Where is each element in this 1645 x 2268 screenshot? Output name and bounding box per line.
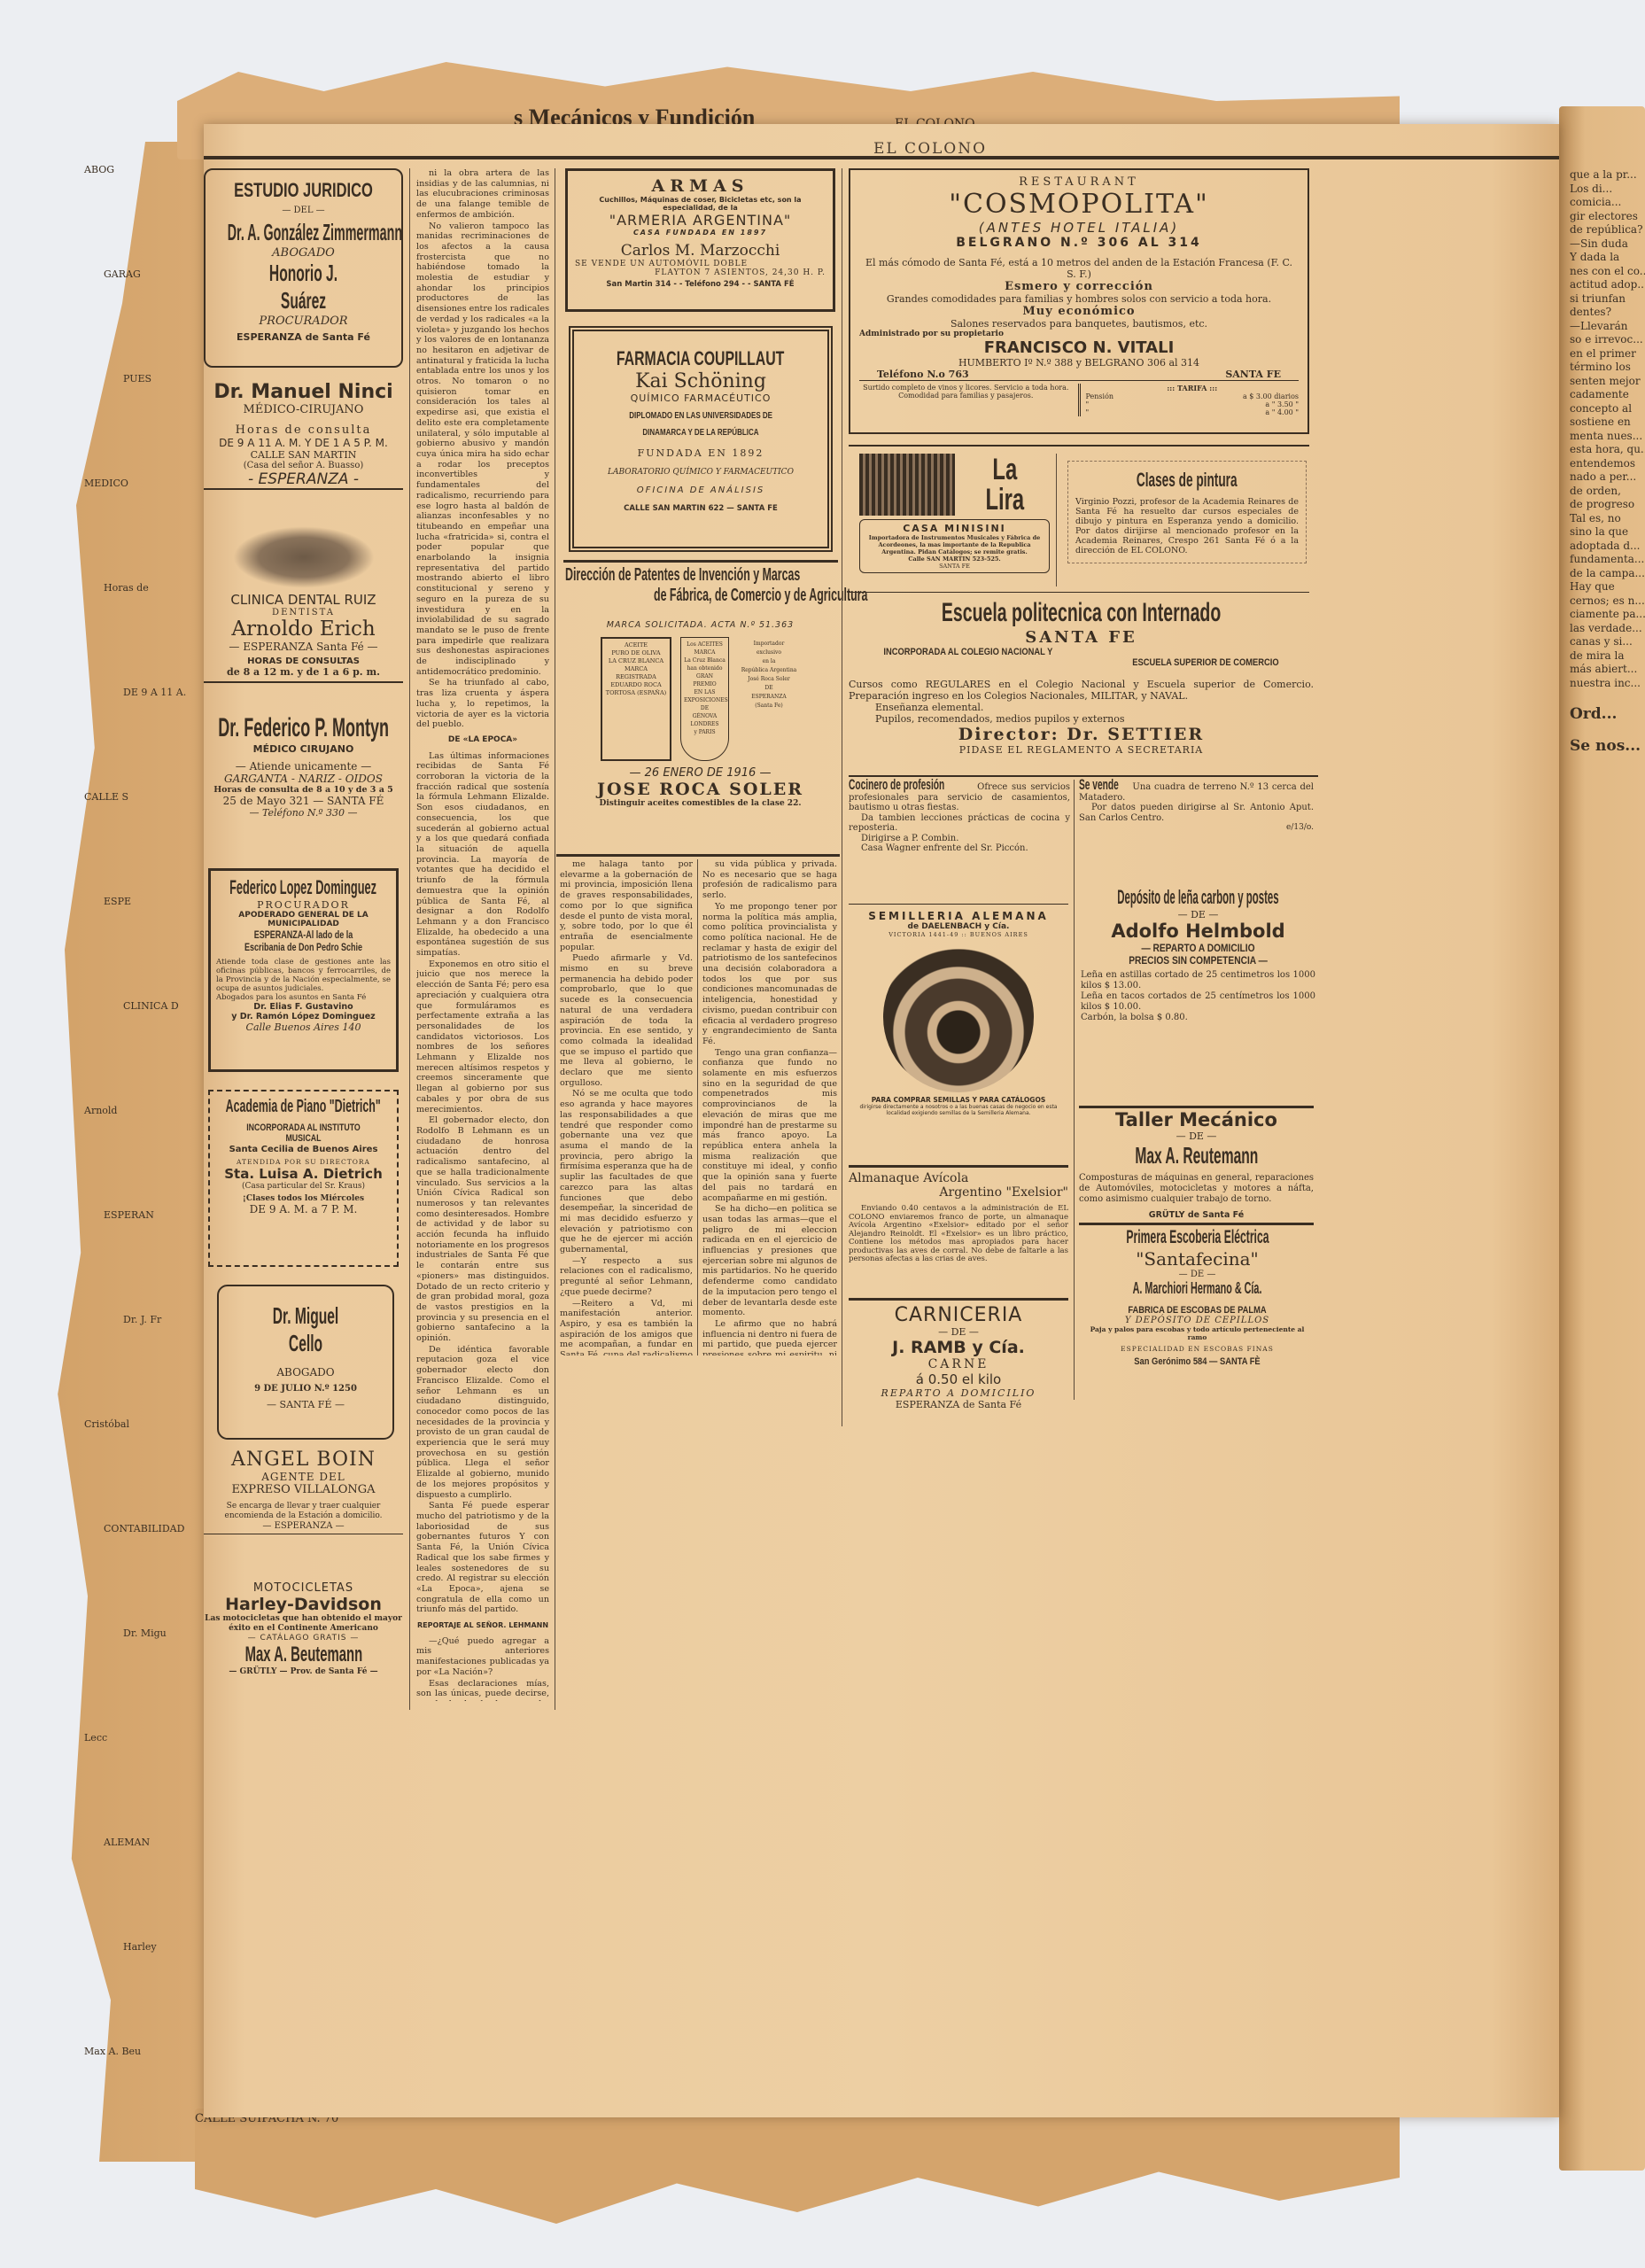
ad-text: Salones reservados para banquetes, bauti… [859,318,1299,330]
article-column-2a: me halaga tanto por elevarme a la gobern… [560,859,693,1355]
ad-title: de Fábrica, de Comercio y de Agricultura [654,586,867,606]
divider [849,445,1309,447]
ad-title: ARMAS [575,176,826,196]
ad-text: VICTORIA 1441-49 :: BUENOS AIRES [849,931,1068,938]
school-name: Escuela politecnica con Internado [942,598,1221,628]
tariff-item: Pensión [1086,392,1114,400]
trademark-labels: ACEITEPURO DE OLIVALA CRUZ BLANCAMARCA R… [565,637,835,761]
ad-text: - ESPERANZA - [204,470,403,490]
ad-text: ABOGADO [224,1366,387,1379]
ad-text: FABRICA DE ESCOBAS DE PALMA [1098,1305,1297,1316]
facing-page-text: que a la pr...Los di...comicia...gir ele… [1570,168,1645,771]
ad-text: Horas de consulta de 8 a 10 y de 3 a 5 [204,785,403,795]
torn-fragment-text: Arnold [84,1105,117,1116]
olive-oil-label: ACEITEPURO DE OLIVALA CRUZ BLANCAMARCA R… [601,637,671,761]
fragment-line: esta hora, qu... [1570,443,1645,457]
director-name: Sta. Luisa A. Dietrich [215,1166,392,1182]
label-line: han obtenido [684,664,726,672]
label-line: exclusivo [741,649,797,657]
label-line: en la [741,657,797,666]
torn-fragment-text: PUES [123,373,151,384]
ad-escuela-politecnica: Escuela politecnica con Internado SANTA … [849,598,1314,756]
ad-text: — CATÁLAGO GRATIS — [204,1634,403,1643]
ad-text: DINAMARCA Y DE LA REPÚBLICA [642,428,758,438]
ad-text: — SANTA FÉ — [224,1399,387,1410]
ad-text: Grandes comodidades para familias y homb… [859,293,1299,305]
torn-fragment-text: Dr. Migu [123,1627,167,1639]
torn-fragment-text: CONTABILIDAD [104,1523,184,1534]
torn-fragment-text: GARAG [104,268,141,280]
column-rule [1056,454,1057,586]
ad-text: MÉDICO-CIRUJANO [204,403,403,416]
tariff-row: Pensióna $ 3.00 diarios [1086,392,1300,400]
tariff-item: " [1086,408,1090,416]
ad-text: Casa Wagner enfrente del Sr. Piccón. [849,843,1070,854]
pharmacist-name: Kai Schöning [583,370,819,392]
fragment-line: —Llevarán [1570,320,1645,334]
label-line: ACEITE [605,641,667,649]
ad-text: de 8 a 12 m. y de 1 a 6 p. m. [204,666,403,683]
ad-title: Clases de pintura [1137,469,1238,492]
ad-text: Abogados para los asuntos en Santa Fé [216,993,391,1002]
ad-deposito-lena: Depósito de leña carbon y postes — DE — … [1081,886,1315,1023]
torn-fragment-text: DE 9 A 11 A. [123,687,186,698]
ad-text: — GRÜTLY — Prov. de Santa Fé — [204,1667,403,1676]
article-paragraph: —¿Qué puedo agregar a mis anteriores man… [416,1636,549,1678]
ad-carniceria: CARNICERIA — DE — J. RAMB y Cía. CARNE á… [849,1298,1068,1410]
article-paragraph: Esas declaraciones mías, son las únicas,… [416,1679,549,1701]
fragment-line: ciamente pa... [1570,608,1645,622]
owner-name: Adolfo Helmbold [1081,920,1315,942]
ad-text: — ESPERANZA Santa Fé — [204,641,403,653]
tariff-price: a " 3.50 " [1265,400,1299,408]
label-line: MARCA REGISTRADA [605,665,667,681]
article-column-1: ni la obra artera de las insidias y de l… [416,168,549,1701]
label-line: Importador [741,640,797,649]
label-line: GRAN PREMIO [684,672,726,688]
article-paragraph: Tengo una gran confianza—confianza que f… [702,1048,837,1204]
ad-text: dirigirse directamente a nosotros o a la… [849,1104,1068,1116]
fragment-line: comicia... [1570,196,1645,210]
ad-title: CLINICA DENTAL RUIZ [204,592,403,608]
article-paragraph: Exponemos en otro sitio el juicio que no… [416,959,549,1115]
fragment-line: menta nues... [1570,430,1645,444]
ad-text: Horas de consulta [204,423,403,437]
fragment-line: Hay que [1570,580,1645,594]
owner-name: A. Marchiori Hermano & Cía. [1133,1279,1262,1298]
ad-text: — REPARTO A DOMICILIO [1098,942,1298,954]
tariff-table: ::: TARIFA ::: Pensióna $ 3.00 diarios"a… [1081,384,1300,416]
article-paragraph: Se ha triunfado al cabo, tras liza cruen… [416,678,549,730]
ad-text: e/13/o. [1079,823,1314,834]
ad-text: SANTA FE [863,563,1046,570]
ad-text: REPARTO A DOMICILIO [849,1387,1068,1399]
ad-taller-mecanico: Taller Mecánico — DE — Max A. Reutemann … [1079,1109,1314,1225]
label-line: DE [741,684,797,693]
ad-text: CALLE SAN MARTIN [204,449,403,461]
director-name: Director: Dr. SETTIER [849,725,1314,744]
section-heading: DE «LA EPOCA» [416,735,549,746]
ad-text: Virginio Pozzi, profesor de la Academia … [1075,497,1299,555]
ad-text: MOTOCICLETAS [204,1581,403,1595]
ad-text: y Dr. Ramón López Dominguez [216,1012,391,1021]
ad-patentes: Dirección de Patentes de Invención y Mar… [565,565,835,808]
ad-text: HUMBERTO Iº N.º 388 y BELGRANO 306 al 31… [859,357,1299,369]
fragment-line: Y dada la [1570,251,1645,265]
fragment-line: Los di... [1570,183,1645,197]
ad-text: QUÍMICO FARMACÉUTICO [583,392,819,404]
ad-angel-boin: ANGEL BOIN AGENTE DEL EXPRESO VILLALONGA… [204,1449,403,1534]
label-line: La Cruz Blanca [684,656,726,664]
label-line: José Roca Soler [741,675,797,684]
article-paragraph: Yo me propongo tener por norma la políti… [702,902,837,1047]
fragment-line: que a la pr... [1570,168,1645,183]
fragment-line: cernos; es n... [1570,594,1645,609]
newspaper-page: EL COLONO ESTUDIO JURIDICO — DEL — Dr. A… [204,124,1559,2117]
fragment-line: entendemos [1570,457,1645,471]
fragment-heading: Se nos... [1570,740,1645,754]
ad-title: ESTUDIO JURIDICO [234,179,373,202]
fragment-line: gir electores [1570,210,1645,224]
ad-slogan: Esmero y corrección [859,280,1299,293]
doctor-name: Dr. Federico P. Montyn [218,713,389,743]
ad-title: Dirección de Patentes de Invención y Mar… [565,565,800,586]
ad-text: Se encarga de llevar y traer cualquier e… [204,1502,403,1521]
fragment-line: más abiert... [1570,663,1645,677]
torn-fragment-text: CLINICA D [123,1000,179,1012]
lawyer-name: Dr. Miguel Cello [257,1302,354,1357]
torn-fragment-text: MEDICO [84,478,128,489]
fragment-line: nado a per... [1570,470,1645,485]
lira-body: CASA MINISINI Importadora de Instrumento… [859,519,1050,573]
torn-fragment-text: ABOG [84,164,114,175]
ad-cello: Dr. Miguel Cello ABOGADO 9 DE JULIO N.º … [217,1285,394,1440]
ad-text: Paja y palos para escobas y todo artícul… [1081,1325,1314,1341]
ad-text: GRÜTLY de Santa Fé [1079,1210,1314,1225]
label-line: Los ACEITES [684,641,726,649]
ad-text: 25 de Mayo 321 — SANTA FÉ [204,795,403,807]
ad-text: San Martin 314 - - Teléfono 294 - - SANT… [575,280,826,289]
tariff-label: ::: TARIFA ::: [1086,384,1300,392]
ad-text: — Atiende unicamente — [204,760,403,773]
phone: Teléfono N.o 763 [877,369,969,380]
article-paragraph: ni la obra artera de las insidias y de l… [416,168,549,221]
phone-row: Teléfono N.o 763 SANTA FE [859,369,1299,381]
fragment-heading: Ord... [1570,708,1645,722]
lawyer-name: Dr. A. González Zimmermann [228,219,402,246]
ad-text: Enseñanza elemental. [849,702,1314,713]
ad-text: PROCURADOR [209,315,398,328]
fragment-line: dentes? [1570,306,1645,320]
label-line: (Santa Fe) [741,702,797,711]
ad-title: Primera Escoberia Eléctrica [1126,1227,1269,1248]
ad-text: LABORATORIO QUÍMICO Y FARMACEUTICO [583,468,819,477]
column-rule [842,168,842,1426]
ad-title: FARMACIA COUPILLAUT [617,347,784,370]
ad-clases-pintura: Clases de pintura Virginio Pozzi, profes… [1067,461,1307,563]
fragment-line: término los [1570,361,1645,375]
owner-name: FRANCISCO N. VITALI [859,338,1299,357]
ad-text: SE VENDE UN AUTOMÓVIL DOBLE [575,260,826,268]
column-rule [555,168,555,1710]
ad-text: BELGRANO N.º 306 AL 314 [859,236,1299,250]
ad-text: Santa Cecilia de Buenos Aires [215,1145,392,1154]
ad-text: Importadora de Instrumentos Musicales y … [863,534,1046,555]
fragment-line: nuestra inc... [1570,677,1645,691]
fragment-line: si triunfan [1570,292,1645,307]
ad-text: DE 9 A 11 A. M. Y DE 1 A 5 P. M. [204,437,403,449]
doctor-name: Dr. Manuel Ninci [204,381,403,403]
fragment-line: sino la que [1570,525,1645,540]
store-name: "ARMERIA ARGENTINA" [575,212,826,229]
ad-text: EXPRESO VILLALONGA [204,1483,403,1496]
award-label: Los ACEITESMARCALa Cruz Blancahan obteni… [680,637,729,761]
torn-fragment-text: Max A. Beu [84,2046,141,2057]
article-paragraph: —Y respecto a sus relaciones con el radi… [560,1256,693,1298]
ad-title: SEMILLERIA ALEMANA [849,910,1068,922]
ad-text: GARGANTA - NARIZ - OIDOS [204,773,403,785]
article-paragraph: me halaga tanto por elevarme a la gobern… [560,859,693,952]
fragment-line: concepto al [1570,402,1645,416]
ad-text: ESPERANZA de Santa Fé [849,1399,1068,1410]
ad-text: ¡Clases todos los Miércoles [215,1194,392,1203]
tariff-rows: Pensióna $ 3.00 diarios"a " 3.50 ""a " 4… [1086,392,1300,416]
fragment-line: cadamente [1570,388,1645,402]
fragment-line: senten mejor [1570,375,1645,389]
ad-text: OFICINA DE ANÁLISIS [583,485,819,495]
owner-name: Max A. Reutemann [1135,1142,1258,1169]
ad-almanaque-avicola: Almanaque Avícola Argentino "Exelsior" E… [849,1165,1068,1264]
torn-fragment-text: ALEMAN [104,1837,150,1848]
ad-text: San Gerónimo 584 — SANTA FÈ [1098,1356,1297,1367]
importer-label: Importadorexclusivoen laRepública Argent… [738,637,800,761]
fragment-line: —Sin duda [1570,237,1645,252]
ad-escoberia: Primera Escoberia Eléctrica "Santafecina… [1081,1227,1314,1367]
ad-text: Da tambien lecciones prácticas de cocina… [849,813,1070,834]
divider [563,560,838,563]
ad-text: PRECIOS SIN COMPETENCIA — [1098,954,1298,967]
ad-text: Administrado por su propietario [859,330,1299,338]
divider [1079,1106,1314,1108]
tariff-price: a " 4.00 " [1265,408,1299,416]
ad-text: CALLE SAN MARTIN 622 — SANTA FE [583,504,819,513]
ad-text: HORAS DE CONSULTAS [204,656,403,666]
ad-title: Taller Mecánico [1079,1109,1314,1130]
ad-text: Por datos pueden dirigirse al Sr. Antoni… [1079,803,1314,823]
factory-name: "Santafecina" [1081,1248,1314,1270]
ad-ninci: Dr. Manuel Ninci MÉDICO-CIRUJANO Horas d… [204,381,403,490]
tariff-item: " [1086,400,1090,408]
article-paragraph: Se ha dicho—en politica se usan todas la… [702,1204,837,1318]
publication-date: — 26 ENERO DE 1916 — [565,766,835,780]
article-paragraph: Las últimas informaciones recibidas de S… [416,751,549,959]
tariff-row: "a " 3.50 " [1086,400,1300,408]
ad-lopez-dominguez: Federico Lopez Dominguez PROCURADOR APOD… [208,868,399,1072]
article-paragraph: Nó se me oculta que todo eso agranda y h… [560,1089,693,1254]
ad-semilleria-alemana: SEMILLERIA ALEMANA de DAELENBACH y Cía. … [849,904,1068,1116]
ad-clinica-dental: CLINICA DENTAL RUIZ DENTISTA Arnoldo Eri… [204,523,403,683]
fragment-line: so e irrevoc... [1570,333,1645,347]
article-paragraph: Santa Fé puede esperar mucho del patriot… [416,1501,549,1615]
fragment-line: nes con el co... [1570,265,1645,279]
ad-text: Y DEPÓSITO DE CEPILLOS [1081,1316,1314,1325]
ad-text: Pupilos, recomendados, medios pupilos y … [849,713,1314,725]
label-line: EN LAS [684,688,726,696]
teeth-illustration-icon [233,526,375,588]
ad-montyn: Dr. Federico P. Montyn MÉDICO CIRUJANO —… [204,713,403,819]
label-line: ESPERANZA [741,693,797,702]
ad-armeria-argentina: ARMAS Cuchillos, Máquinas de coser, Bici… [565,168,835,312]
ad-text: Dr. Elias F. Gustavino [216,1002,391,1012]
ad-text: Cuchillos, Máquinas de coser, Bicicletas… [575,196,826,212]
owner-name: J. RAMB y Cía. [849,1338,1068,1357]
ad-text: MÉDICO CIRUJANO [204,743,403,755]
fragment-line: de mira la [1570,649,1645,664]
ad-title: Argentino "Exelsior" [849,1185,1068,1200]
ad-text: — Teléfono N.º 330 — [204,807,403,819]
fragment-line: canas y si... [1570,635,1645,649]
dealer-name: Max A. Beutemann [244,1643,362,1667]
ad-text: PIDASE EL REGLAMENTO A SECRETARIA [849,744,1314,756]
attorney-name: Federico Lopez Dominguez [230,876,377,899]
tariff-row: Surtido completo de vinos y licores. Ser… [859,384,1299,416]
ad-text: Enviando 0.40 centavos a la administraci… [849,1205,1068,1264]
ad-text: Atiende toda clase de gestiones ante las… [216,958,391,993]
ad-academia-piano: Academia de Piano "Dietrich" INCORPORADA… [208,1090,399,1267]
divider [556,854,840,857]
label-line: y PARIS [684,728,726,736]
fragment-line: adoptada d... [1570,540,1645,554]
ad-title: Academia de Piano "Dietrich" [226,1097,381,1117]
fragment-line: Tal es, no [1570,512,1645,526]
article-column-2b: su vida pública y privada. No es necesar… [702,859,837,1355]
label-line: LA CRUZ BLANCA [605,657,667,665]
city: SANTA FE [1225,369,1281,380]
ad-text: Cursos como REGULARES en el Colegio Naci… [849,679,1314,702]
agent-name: ANGEL BOIN [204,1449,403,1471]
ad-title: Cocinero de profesión [849,780,944,790]
ad-text: PARA COMPRAR SEMILLAS Y PARA CATÁLOGOS [849,1096,1068,1104]
ad-title: Depósito de leña carbon y postes [1117,886,1278,909]
label-line: TORTOSA (ESPAÑA) [605,689,667,697]
ad-text: Calle Buenos Aires 140 [216,1021,391,1033]
store-name: CASA MINISINI [863,523,1046,534]
procurator-name: Honorio J. Suárez [247,260,361,315]
article-paragraph: De idéntica favorable reputacion goza el… [416,1345,549,1501]
fragment-line: de progreso [1570,498,1645,512]
column-rule [1074,780,1075,1400]
ad-cocinero: Cocinero de profesión Ofrece sus servici… [849,780,1070,854]
ad-text: ESCUELA SUPERIOR DE COMERCIO [883,657,1278,668]
price-list: Leña en astillas cortado de 25 centimetr… [1081,970,1315,1023]
price-item: Carbón, la bolsa $ 0.80. [1081,1013,1315,1023]
article-paragraph: Puedo afirmarle y Vd. mismo en su breve … [560,953,693,1088]
top-rule [204,156,1559,159]
fragment-line: en el primer [1570,347,1645,361]
ad-text: FUNDADA EN 1892 [583,447,819,459]
ad-text: CARNE [849,1357,1068,1371]
accordion-illustration-icon [859,454,955,516]
ad-text: (Casa particular del Sr. Kraus) [215,1182,392,1191]
article-paragraph: No valieron tampoco las manidas recrimin… [416,221,549,678]
ad-text: — DE — [1081,909,1315,920]
ad-text: ESPERANZA-Al lado de la Escribania de Do… [238,928,369,953]
price: á 0.50 el kilo [849,1371,1068,1387]
owner-name: Carlos M. Marzocchi [575,242,826,260]
tariff-row: "a " 4.00 " [1086,408,1300,416]
ad-text: — DE — [1081,1270,1314,1279]
underlying-page-bottom-edge: CALLE SUIPACHA N. 70 [195,2109,1400,2224]
ad-se-vende: Se vende Una cuadra de terreno N.º 13 ce… [1079,780,1314,834]
label-line: EXPOSICIONES [684,696,726,704]
ad-text: ATENDIDA POR SU DIRECTORA [215,1158,392,1166]
ad-text: — DE — [1079,1130,1314,1142]
ad-title: Almanaque Avícola [849,1171,1068,1185]
ad-text: Distinguir aceites comestibles de la cla… [565,799,835,808]
fragment-line: de orden, [1570,485,1645,499]
torn-fragment-text: Lecc [84,1732,107,1744]
article-paragraph: El gobernador electo, don Rodolfo B Lehm… [416,1115,549,1343]
tariff-price: a $ 3.00 diarios [1243,392,1299,400]
ad-text: ABOGADO [209,246,398,260]
fragment-line: fundamenta... [1570,553,1645,567]
ad-text: DENTISTA [204,608,403,617]
ad-text: — DEL — [209,206,398,215]
label-line: República Argentina [741,666,797,675]
ad-title: CARNICERIA [849,1304,1068,1326]
ad-restaurant-cosmopolita: RESTAURANT "COSMOPOLITA" (ANTES HOTEL IT… [849,168,1309,434]
restaurant-name: "COSMOPOLITA" [859,189,1299,220]
torn-fragment-text: CALLE S [84,791,128,803]
ad-text: El más cómodo de Santa Fé, está a 10 met… [859,257,1299,280]
article-paragraph: —Reitero a Vd, mi manifestación anterior… [560,1299,693,1355]
ad-text: (Casa del señor A. Buasso) [204,461,403,470]
ad-slogan: Muy económico [859,305,1299,318]
article-paragraph: Le afirmo que no habrá influencia ni den… [702,1319,837,1355]
trademark-act: MARCA SOLICITADA. ACTA N.º 51.363 [565,620,835,630]
fragment-line: actitud adop... [1570,278,1645,292]
label-line: LONDRES [684,720,726,728]
ad-text: de DAELENBACH y Cía. [849,922,1068,931]
ad-text: FLAYTON 7 ASIENTOS, 24,30 H. P. [575,268,826,277]
torn-fragment-text: Cristóbal [84,1418,129,1430]
ad-text: PROCURADOR [216,899,391,911]
ad-la-lira: La Lira CASA MINISINI Importadora de Ins… [859,454,1050,578]
fragment-line: de la campa... [1570,567,1645,581]
ad-text: ESPERANZA de Santa Fé [209,331,398,343]
label-line: MARCA [684,649,726,656]
fragment-line: sostiene en [1570,416,1645,430]
label-line: PURO DE OLIVA [605,649,667,657]
torn-fragment-text: ESPERAN [104,1209,154,1221]
lira-header: La Lira [859,454,1050,516]
section-heading: REPORTAJE AL SEÑOR. LEHMANN [416,1620,549,1631]
label-line: EDUARDO ROCA [605,681,667,689]
ad-text: ESPECIALIDAD EN ESCOBAS FINAS [1081,1345,1314,1353]
applicant-name: JOSE ROCA SOLER [565,780,835,799]
ad-text: DIPLOMADO EN LAS UNIVERSIDADES DE [629,411,772,421]
torn-fragment-text: ESPE [104,896,131,907]
brand-name: Harley-Davidson [204,1595,403,1614]
ad-text: AGENTE DEL [204,1471,403,1483]
label-line: DE [684,704,726,712]
dentist-name: Arnoldo Erich [204,617,403,641]
divider [849,592,1309,593]
ad-text: Las motocicletas que han obtenido el may… [204,1614,403,1634]
fragment-line: las verdade... [1570,622,1645,636]
ad-text: Dirigirse a P. Combin. [849,834,1070,844]
ad-text: — DE — [849,1326,1068,1338]
